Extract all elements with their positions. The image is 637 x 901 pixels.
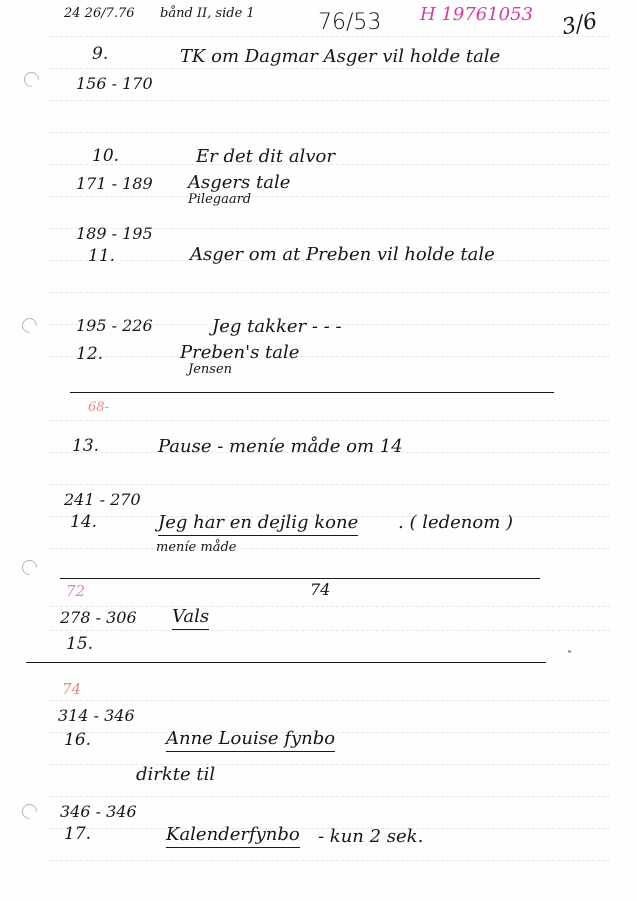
entry-range: 241 - 270 — [64, 490, 141, 509]
entry-title: Er det dit alvor — [196, 146, 335, 167]
section-divider — [70, 392, 554, 393]
entry-note: Jensen — [188, 362, 232, 377]
entry-extra: - kun 2 sek. — [318, 826, 423, 847]
ruled-line — [50, 196, 610, 197]
entry-number: 14. — [70, 512, 97, 532]
entry-extra: . ( ledenom ) — [398, 512, 513, 533]
entry-range: 278 - 306 — [60, 608, 137, 627]
ruled-line — [50, 356, 610, 357]
scanned-document-page: 24 26/7.76 bånd II, side 1 76/53 H 19761… — [0, 0, 637, 901]
section-divider — [60, 578, 540, 579]
binder-hole-icon — [19, 801, 40, 822]
ruled-line — [50, 606, 610, 607]
entry-title: TK om Dagmar Asger vil holde tale — [180, 46, 500, 67]
entry-subtitle: Asgers tale — [188, 172, 290, 193]
entry-title: Vals — [172, 606, 209, 630]
entry-note: Pilegaard — [188, 192, 251, 207]
speck — [568, 650, 571, 653]
entry-title: Anne Louise fynbo — [166, 728, 335, 752]
archive-id: H 19761053 — [420, 4, 533, 25]
entry-number: 17. — [64, 824, 91, 844]
section-divider — [26, 662, 546, 663]
binder-hole-icon — [19, 315, 40, 336]
ruled-line — [50, 860, 610, 861]
ruled-line — [50, 420, 610, 421]
ruled-line — [50, 796, 610, 797]
entry-number: 9. — [92, 44, 108, 64]
entry-number: 11. — [88, 246, 115, 266]
ruled-line — [50, 132, 610, 133]
red-margin-mark: 72 — [66, 582, 85, 600]
ruled-line — [50, 36, 610, 37]
entry-note: dirkte til — [136, 764, 215, 785]
ruled-line — [50, 764, 610, 765]
entry-number: 13. — [72, 436, 99, 456]
ruled-line — [50, 68, 610, 69]
entry-title: Asger om at Preben vil holde tale — [190, 244, 495, 265]
entry-range: 346 - 346 — [60, 802, 137, 821]
ruled-line — [50, 700, 610, 701]
header-volume: bånd II, side 1 — [160, 6, 255, 21]
entry-title: Jeg har en dejlig kone — [158, 512, 358, 536]
ruled-line — [50, 548, 610, 549]
ruled-line — [50, 292, 610, 293]
entry-number: 15. — [66, 634, 93, 654]
entry-note: meníe måde — [156, 540, 236, 555]
entry-range: 314 - 346 — [58, 706, 135, 725]
entry-number: 10. — [92, 146, 119, 166]
ruled-line — [50, 100, 610, 101]
entry-number: 12. — [76, 344, 103, 364]
entry-title: Pause - meníe måde om 14 — [158, 436, 403, 457]
entry-range: 195 - 226 — [76, 316, 153, 335]
red-margin-mark: 68- — [88, 400, 109, 415]
header-date: 24 26/7.76 — [64, 6, 135, 21]
entry-range: 189 - 195 — [76, 224, 153, 243]
entry-number: 16. — [64, 730, 91, 750]
ruled-line — [50, 630, 610, 631]
margin-mark: 74 — [310, 580, 330, 599]
header-ref: 76/53 — [318, 10, 381, 35]
entry-title: Preben's tale — [180, 342, 299, 363]
ruled-line — [50, 484, 610, 485]
entry-title: Kalenderfynbo — [166, 824, 300, 848]
red-margin-mark: 74 — [62, 680, 81, 698]
entry-range-note: Jeg takker - - - — [212, 316, 342, 337]
entry-range: 171 - 189 — [76, 174, 153, 193]
entry-range: 156 - 170 — [76, 74, 153, 93]
binder-hole-icon — [21, 69, 42, 90]
binder-hole-icon — [19, 557, 40, 578]
